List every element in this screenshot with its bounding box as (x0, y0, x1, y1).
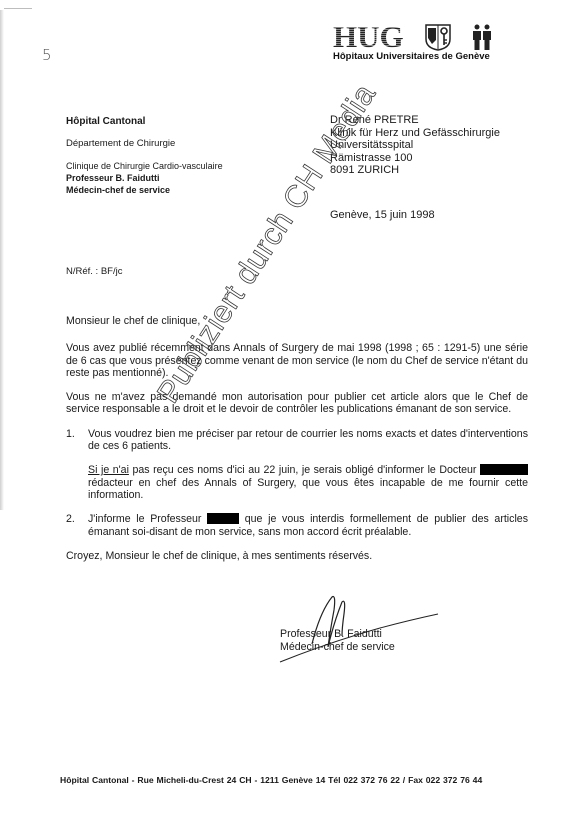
list-item-2: 2. J'informe le Professeur que je vous i… (66, 513, 528, 538)
signature-name: Professeur B. Faidutti (280, 628, 395, 641)
sender-hospital: Hôpital Cantonal (66, 116, 223, 128)
sender-block: Hôpital Cantonal Département de Chirurgi… (66, 116, 223, 196)
signature-block: Professeur B. Faidutti Médecin-chef de s… (280, 628, 395, 654)
paragraph-authorization: Vous ne m'avez pas demandé mon autorisat… (66, 391, 528, 416)
list-item-followup: Si je n'ai pas reçu ces noms d'ici au 22… (88, 464, 528, 501)
followup-text: rédacteur en chef des Annals of Surgery,… (88, 477, 528, 501)
people-silhouettes-icon (471, 24, 493, 50)
list-number: 1. (66, 428, 75, 440)
sender-clinic: Clinique de Chirurgie Cardio-vasculaire (66, 160, 223, 172)
geneva-coat-of-arms-icon (425, 24, 451, 51)
scan-top-mark (4, 8, 32, 9)
list-item-text: J'informe le Professeur que je vous inte… (88, 513, 528, 538)
reference: N/Réf. : BF/jc (66, 266, 122, 277)
underlined-text: Si je n'ai (88, 464, 129, 476)
logo-subtitle: Hôpitaux Universitaires de Genève (333, 51, 490, 62)
recipient-line: 8091 ZURICH (330, 164, 500, 177)
item-text: J'informe le Professeur (88, 513, 207, 525)
list-item-1: 1. Vous voudrez bien me préciser par ret… (66, 428, 528, 501)
page-number: 5 (42, 46, 52, 64)
closing: Croyez, Monsieur le chef de clinique, à … (66, 550, 528, 562)
redaction-box (480, 464, 528, 475)
followup-text: pas reçu ces noms d'ici au 22 juin, je s… (129, 464, 480, 476)
hug-logo: HUG Hôpitaux Universitaires de Genève (333, 22, 503, 62)
list-number: 2. (66, 513, 75, 525)
salutation: Monsieur le chef de clinique, (66, 315, 528, 327)
logo-wordmark: HUG (333, 22, 404, 52)
scan-edge-shadow (0, 10, 4, 510)
recipient-line: Universitätsspital (330, 139, 500, 152)
letter-date: Genève, 15 juin 1998 (330, 209, 435, 221)
redaction-box (207, 513, 239, 524)
sender-title: Médecin-chef de service (66, 184, 223, 196)
signature-title: Médecin-chef de service (280, 641, 395, 654)
recipient-line: Rämistrasse 100 (330, 152, 500, 165)
paragraph-publication: Vous avez publié récemment dans Annals o… (66, 342, 528, 379)
sender-professor: Professeur B. Faidutti (66, 172, 223, 184)
sender-department: Département de Chirurgie (66, 138, 223, 150)
list-item-text: Vous voudrez bien me préciser par retour… (88, 428, 528, 453)
letter-body: Monsieur le chef de clinique, Vous avez … (66, 315, 528, 574)
footer-address: Hôpital Cantonal - Rue Micheli-du-Crest … (60, 775, 482, 785)
